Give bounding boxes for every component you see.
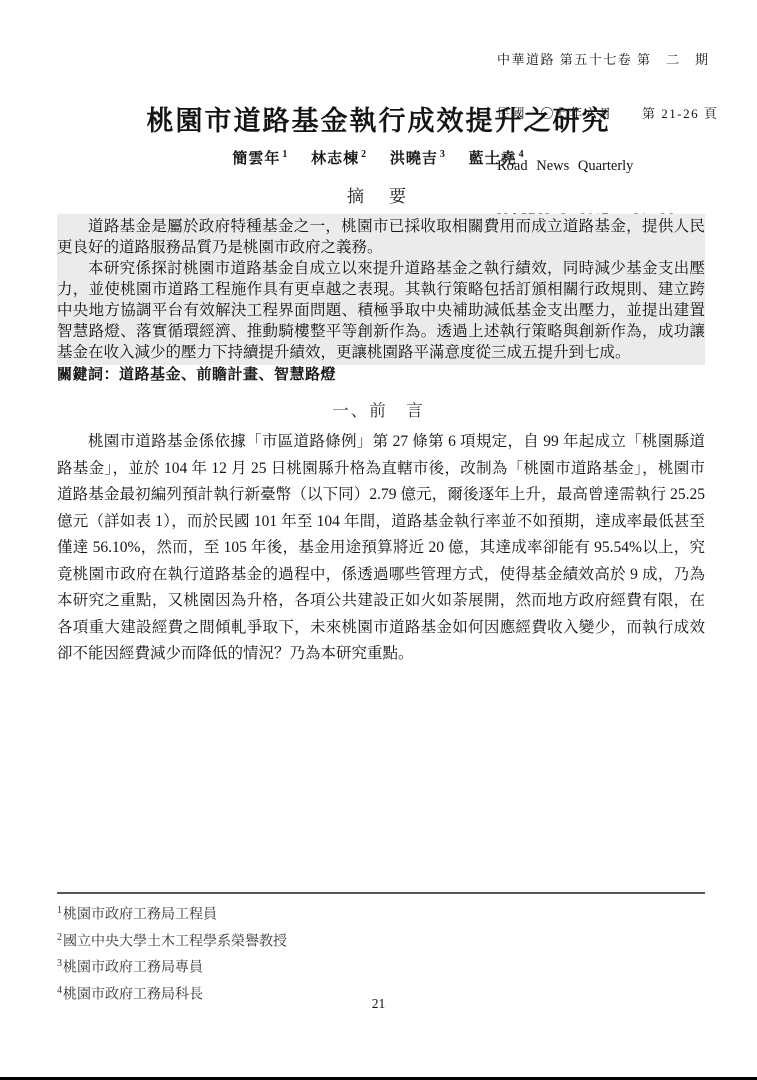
- author-1-superscript: 1: [282, 149, 288, 160]
- author-3: 洪曉吉3: [390, 151, 446, 167]
- author-3-superscript: 3: [440, 149, 446, 160]
- author-1-name: 簡雲年: [232, 151, 280, 167]
- author-2-superscript: 2: [361, 149, 367, 160]
- footnote-1-superscript: 1: [57, 905, 62, 916]
- paper-page: 中華道路 第五十七卷 第 二 期 民國一〇七年六月 第 21-26 頁 Road…: [0, 0, 757, 1080]
- footnote-2-text: 國立中央大學土木工程學系榮譽教授: [63, 934, 287, 949]
- footnotes: 1桃園市政府工務局工程員 2國立中央大學土木工程學系榮譽教授 3桃園市政府工務局…: [57, 900, 705, 1007]
- author-1: 簡雲年1: [232, 151, 288, 167]
- footnote-3-superscript: 3: [57, 958, 62, 969]
- paper-title: 桃園市道路基金執行成效提升之研究: [0, 99, 757, 138]
- footnote-3-text: 桃園市政府工務局專員: [63, 961, 203, 976]
- section-1-heading: 一、前 言: [0, 397, 757, 421]
- footnote-1-text: 桃園市政府工務局工程員: [63, 908, 217, 923]
- footnote-4-superscript: 4: [57, 985, 62, 996]
- authors-line: 簡雲年1 林志棟2 洪曉吉3 藍士堯4: [0, 147, 757, 168]
- abstract-paragraph-2: 本研究係探討桃園市道路基金自成立以來提升道路基金之執行績效，同時減少基金支出壓力…: [57, 258, 705, 363]
- journal-volume-line: 中華道路 第五十七卷 第 二 期: [497, 51, 718, 69]
- author-4-name: 藍士堯: [469, 151, 517, 167]
- author-3-name: 洪曉吉: [390, 151, 438, 167]
- author-4: 藍士堯4: [469, 151, 525, 167]
- abstract-highlighted-block: 道路基金是屬於政府特種基金之一，桃園市已採收取相關費用而成立道路基金，提供人民更…: [57, 214, 705, 365]
- author-4-superscript: 4: [519, 149, 525, 160]
- footnote-3: 3桃園市政府工務局專員: [57, 953, 705, 980]
- section-1-paragraph: 桃園市道路基金係依據「市區道路條例」第 27 條第 6 項規定，自 99 年起成…: [57, 429, 705, 668]
- abstract-heading: 摘 要: [0, 182, 757, 207]
- footnote-2-superscript: 2: [57, 932, 62, 943]
- footnote-1: 1桃園市政府工務局工程員: [57, 900, 705, 927]
- author-2-name: 林志棟: [311, 151, 359, 167]
- keywords-line: 關鍵詞：道路基金、前瞻計畫、智慧路燈: [57, 363, 705, 384]
- author-2: 林志棟2: [311, 151, 367, 167]
- footnote-separator-rule: [57, 892, 705, 894]
- abstract-paragraph-1: 道路基金是屬於政府特種基金之一，桃園市已採收取相關費用而成立道路基金，提供人民更…: [57, 216, 705, 258]
- page-number: 21: [0, 996, 757, 1012]
- footnote-2: 2國立中央大學土木工程學系榮譽教授: [57, 927, 705, 954]
